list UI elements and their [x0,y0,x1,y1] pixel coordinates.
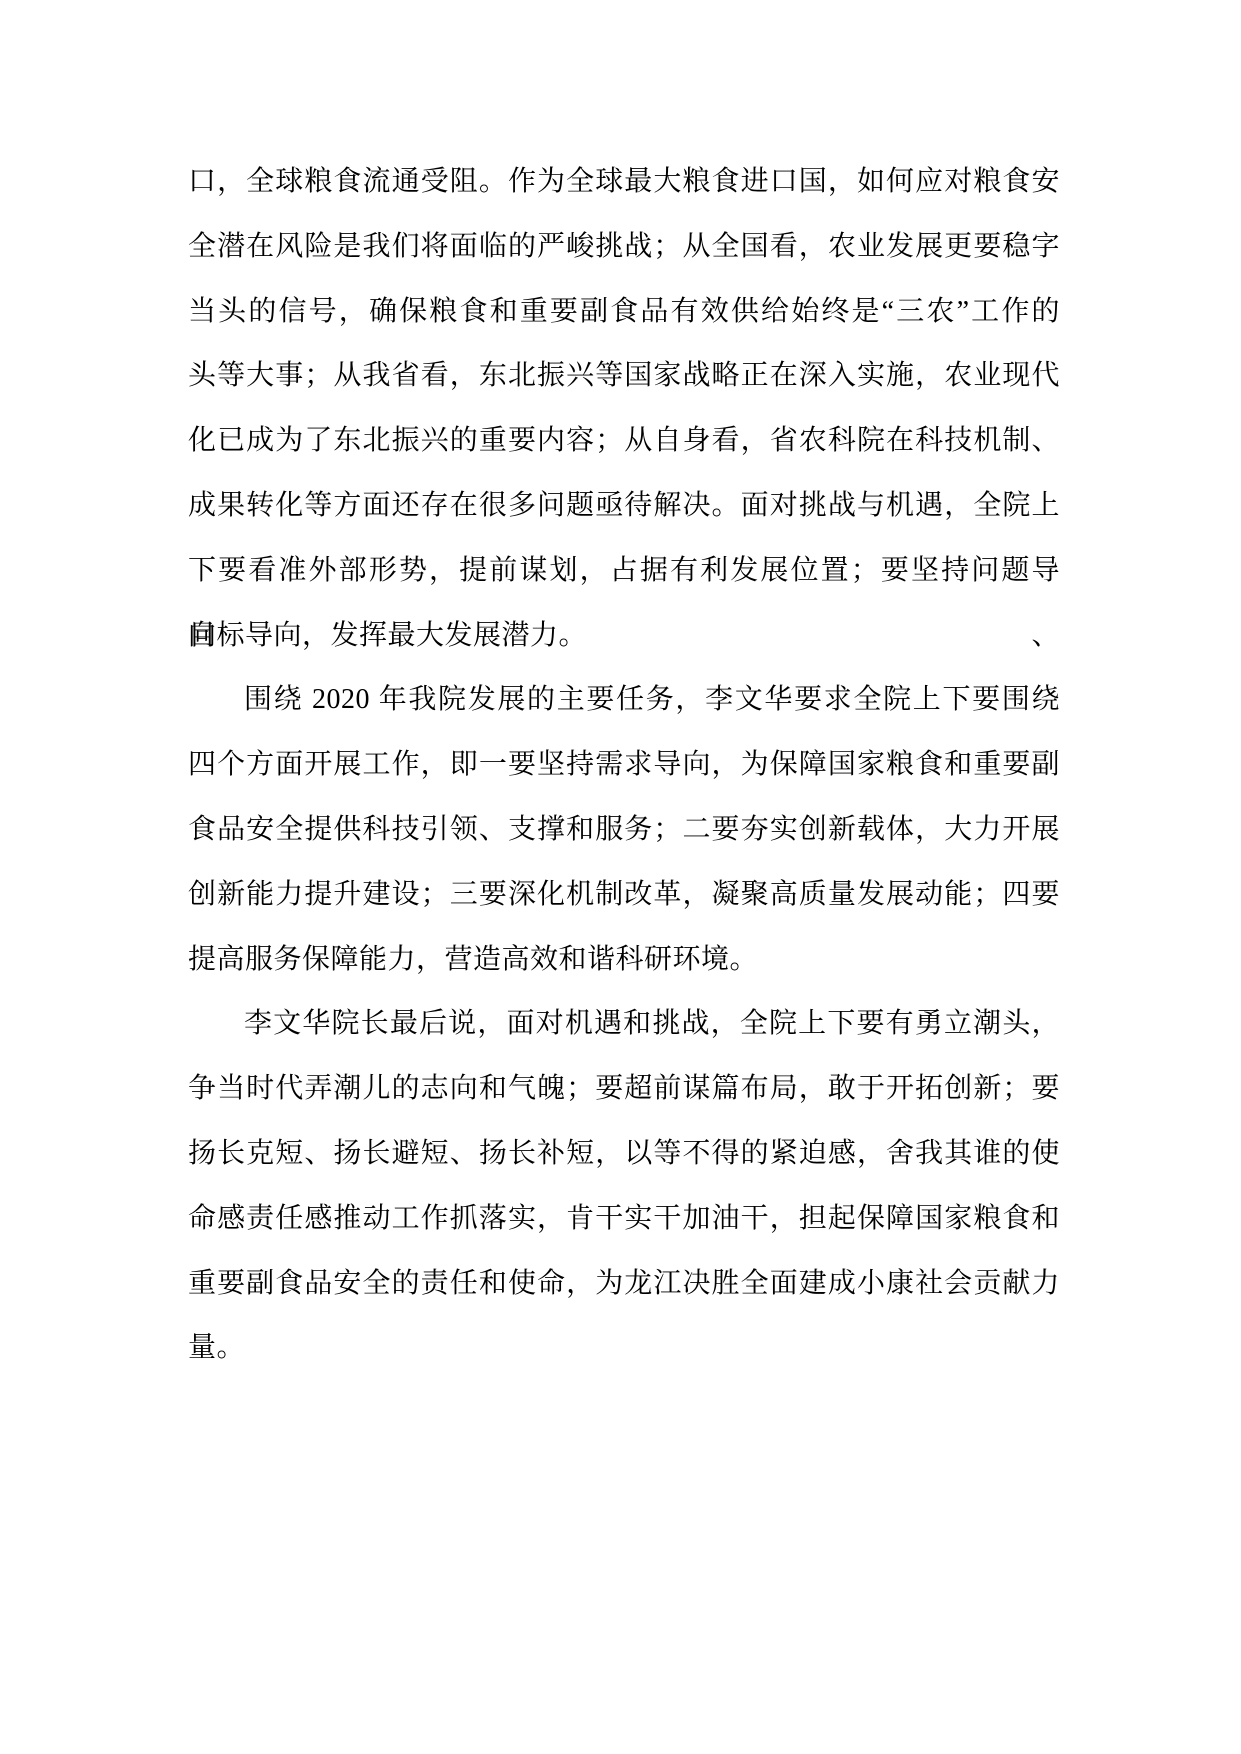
text-line: 下要看准外部形势，提前谋划，占据有利发展位置；要坚持问题导向、 [188,539,1060,604]
document-page: 口，全球粮食流通受阻。作为全球最大粮食进口国，如何应对粮食安全潜在风险是我们将面… [0,0,1241,1754]
paragraph: 口，全球粮食流通受阻。作为全球最大粮食进口国，如何应对粮食安全潜在风险是我们将面… [188,150,1060,668]
text-line: 当头的信号，确保粮食和重要副食品有效供给始终是“三农”工作的 [188,280,1060,345]
text-line: 李文华院长最后说，面对机遇和挑战，全院上下要有勇立潮头， [188,992,1060,1057]
text-line: 全潜在风险是我们将面临的严峻挑战；从全国看，农业发展更要稳字 [188,215,1060,280]
text-line: 争当时代弄潮儿的志向和气魄；要超前谋篇布局，敢于开拓创新；要 [188,1057,1060,1122]
text-line: 四个方面开展工作，即一要坚持需求导向，为保障国家粮食和重要副 [188,733,1060,798]
document-content: 口，全球粮食流通受阻。作为全球最大粮食进口国，如何应对粮食安全潜在风险是我们将面… [188,150,1060,1381]
text-line: 量。 [188,1316,1060,1381]
text-line: 提高服务保障能力，营造高效和谐科研环境。 [188,928,1060,993]
text-line: 重要副食品安全的责任和使命，为龙江决胜全面建成小康社会贡献力 [188,1252,1060,1317]
text-line: 食品安全提供科技引领、支撑和服务；二要夯实创新载体，大力开展 [188,798,1060,863]
text-line: 成果转化等方面还存在很多问题亟待解决。面对挑战与机遇，全院上 [188,474,1060,539]
paragraph: 围绕 2020 年我院发展的主要任务，李文华要求全院上下要围绕四个方面开展工作，… [188,668,1060,992]
text-line: 扬长克短、扬长避短、扬长补短，以等不得的紧迫感，舍我其谁的使 [188,1122,1060,1187]
text-line: 口，全球粮食流通受阻。作为全球最大粮食进口国，如何应对粮食安 [188,150,1060,215]
text-line: 头等大事；从我省看，东北振兴等国家战略正在深入实施，农业现代 [188,344,1060,409]
text-line: 创新能力提升建设；三要深化机制改革，凝聚高质量发展动能；四要 [188,863,1060,928]
paragraph: 李文华院长最后说，面对机遇和挑战，全院上下要有勇立潮头，争当时代弄潮儿的志向和气… [188,992,1060,1381]
text-line: 化已成为了东北振兴的重要内容；从自身看，省农科院在科技机制、 [188,409,1060,474]
text-line: 命感责任感推动工作抓落实，肯干实干加油干，担起保障国家粮食和 [188,1187,1060,1252]
text-line: 围绕 2020 年我院发展的主要任务，李文华要求全院上下要围绕 [188,668,1060,733]
